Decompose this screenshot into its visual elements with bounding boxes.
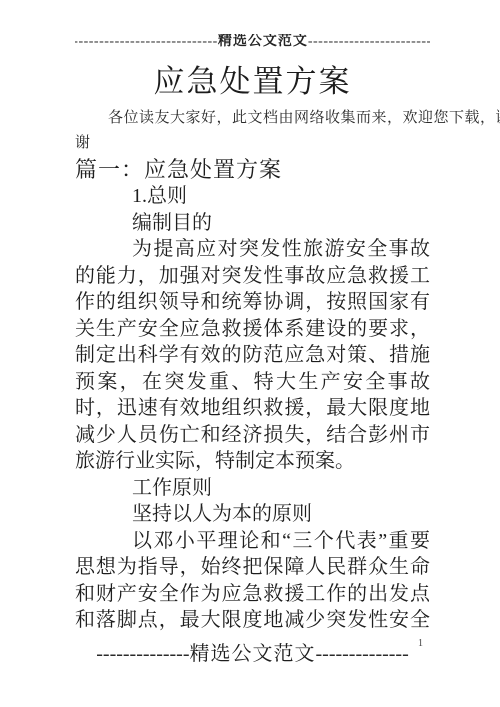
footer-dashes-right: -------------- xyxy=(316,642,409,666)
body-line: 思想为指导，始终把保障人民群众生命 xyxy=(75,554,430,581)
footer-dashes-left: -------------- xyxy=(96,642,189,666)
document-title: 应急处置方案 xyxy=(75,62,430,102)
body-line: 时，迅速有效地组织救援，最大限度地 xyxy=(75,395,430,422)
page-number: 1 xyxy=(418,638,423,650)
body-line: 预案，在突发重、特大生产安全事故 xyxy=(75,369,430,396)
subheading-zongze: 1.总则 xyxy=(75,183,430,210)
body-line: 关生产安全应急救援体系建设的要求， xyxy=(75,316,430,343)
body-line: 旅游行业实际，特制定本预案。 xyxy=(75,448,430,475)
footer-rule: --------------精选公文范文-------------- xyxy=(75,642,430,666)
subheading-yiren-weiben: 坚持以人为本的原则 xyxy=(75,501,430,528)
body-line: 作的组织领导和统筹协调，按照国家有 xyxy=(75,289,430,316)
body-line: 以邓小平理论和“三个代表”重要 xyxy=(75,528,430,555)
intro-line: 各位读友大家好，此文档由网络收集而来，欢迎您下载，谢 xyxy=(75,106,455,131)
body-line: 和落脚点，最大限度地减少突发性安全 xyxy=(75,607,430,634)
header-dashes-left: ------------------------------ xyxy=(75,34,218,50)
section-heading: 篇一：应急处置方案 xyxy=(75,156,430,183)
body-line: 的能力，加强对突发性事故应急救援工 xyxy=(75,263,430,290)
header-label: 精选公文范文 xyxy=(218,34,308,50)
header-rule: ------------------------------精选公文范文----… xyxy=(75,34,430,50)
intro-paragraph: 各位读友大家好，此文档由网络收集而来，欢迎您下载，谢 谢 xyxy=(75,106,455,156)
document-body: 1.总则 编制目的 为提高应对突发性旅游安全事故 的能力，加强对突发性事故应急救… xyxy=(75,183,430,634)
subheading-gongzuo-yuanze: 工作原则 xyxy=(75,475,430,502)
body-line: 制定出科学有效的防范应急对策、措施 xyxy=(75,342,430,369)
body-line: 减少人员伤亡和经济损失，结合彭州市 xyxy=(75,422,430,449)
footer-label: 精选公文范文 xyxy=(190,642,316,666)
body-line: 为提高应对突发性旅游安全事故 xyxy=(75,236,430,263)
subheading-bianzhi-mudi: 编制目的 xyxy=(75,210,430,237)
document-page: ------------------------------精选公文范文----… xyxy=(0,0,500,707)
header-dashes-right: -------------------------- xyxy=(308,34,430,50)
intro-line: 谢 xyxy=(75,131,455,156)
body-line: 和财产安全作为应急救援工作的出发点 xyxy=(75,581,430,608)
